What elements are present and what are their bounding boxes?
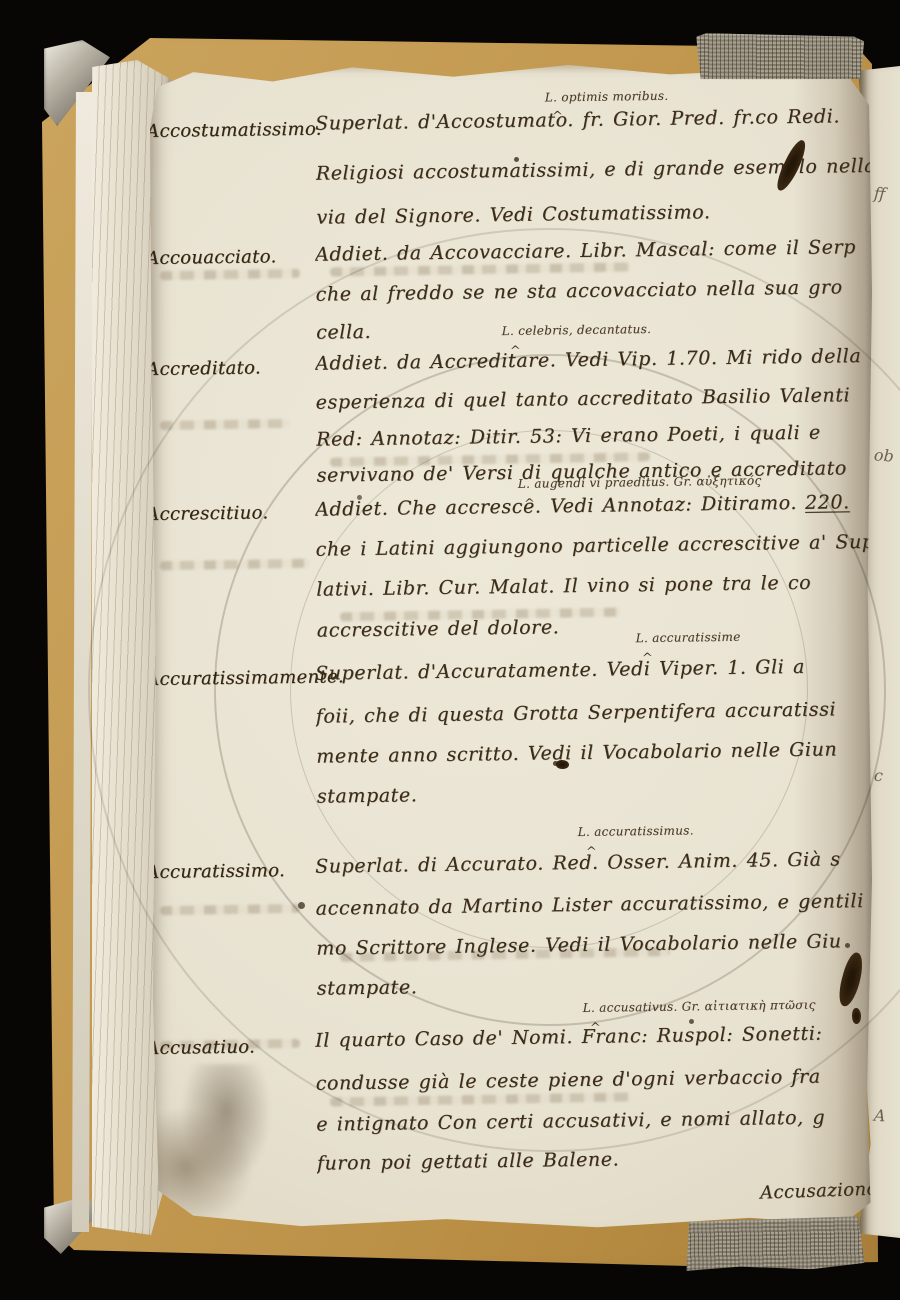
entry-line: Superlat. di Accurato. Red. Osser. Anim.… [315, 848, 871, 878]
entry-line: lativi. Libr. Cur. Malat. Il vino si pon… [316, 571, 872, 601]
fabric-tab-icon [685, 1216, 864, 1272]
dictionary-entry: Accuratissimamente. L. accuratissime ^ S… [150, 655, 872, 665]
interlinear-note: L. celebris, decantatus. [502, 322, 652, 338]
entry-line: mente anno scritto. Vedi il Vocabolario … [316, 738, 872, 768]
bleedthrough-text [330, 1092, 630, 1106]
fabric-tab-icon [696, 33, 864, 81]
entry-line: Superlat. d'Accuratamente. Vedi Viper. 1… [315, 655, 871, 685]
entry-line: esperienza di quel tanto accreditato Bas… [316, 384, 872, 414]
bleedthrough-text [160, 904, 300, 915]
bleedthrough-text [160, 559, 310, 571]
ink-blot [556, 760, 569, 769]
bleedthrough-text [160, 269, 300, 280]
interlinear-note: L. augendi vi praeditus. Gr. αὐξητικός [518, 473, 762, 490]
entry-line: che i Latini aggiungono particelle accre… [316, 531, 872, 561]
entry-line: furon poi gettati alle Balene. [317, 1145, 873, 1175]
entry-line: mo Scrittore Inglese. Vedi il Vocabolari… [316, 930, 872, 960]
cutoff-text-fragment: ob [873, 445, 894, 465]
interlinear-note: L. accuratissimus. [578, 823, 694, 839]
entry-line: Addiet. da Accreditare. Vedi Vip. 1.70. … [315, 345, 871, 375]
interlinear-note: L. accuratissime [636, 630, 741, 645]
bleedthrough-text [160, 419, 290, 430]
interlinear-note: L. optimis moribus. [545, 89, 669, 105]
entry-line: Il quarto Caso de' Nomi. Franc: Ruspol: … [315, 1022, 871, 1052]
entry-line: stampate. [317, 778, 873, 808]
dictionary-entry: Accostumatissimo. L. optimis moribus. ^ … [150, 105, 872, 115]
dictionary-entry: Accouacciato. Addiet. da Accovacciare. L… [150, 236, 872, 246]
entry-line-text: Addiet. Che accresce. Vedi Annotaz: Diti… [315, 492, 797, 521]
cutoff-text-fragment: c [873, 766, 883, 786]
dictionary-entry: Accusatiuo. L. accusativus. Gr. αἰτιατικ… [150, 1022, 872, 1032]
dictionary-entry: Accreditato. L. celebris, decantatus. ^ … [150, 345, 872, 355]
entry-line: accennato da Martino Lister accuratissim… [316, 890, 872, 920]
cutoff-text-fragment: A [873, 1106, 886, 1126]
entry-line: Addiet. Che accresce. Vedi Annotaz: Diti… [315, 491, 871, 521]
entry-line: stampate. [317, 970, 873, 1000]
dictionary-entry: Accrescitiuo. L. augendi vi praeditus. G… [150, 491, 872, 501]
dictionary-entry: Accuratissimo. L. accuratissimus. ^ Supe… [150, 848, 872, 858]
cutoff-text-fragment: ff [873, 184, 886, 204]
entry-line: condusse già le ceste piene d'ogni verba… [316, 1065, 872, 1095]
ink-blot [852, 1008, 861, 1024]
entry-line: che al freddo se ne sta accovacciato nel… [316, 276, 872, 306]
entry-line: e intignato Con certi accusativi, e nomi… [316, 1106, 872, 1136]
entry-line: Red: Annotaz: Ditir. 53: Vi erano Poeti,… [316, 421, 872, 451]
entry-line: Addiet. da Accovacciare. Libr. Mascal: c… [315, 236, 871, 266]
manuscript-page: Accostumatissimo. L. optimis moribus. ^ … [150, 58, 872, 1232]
entry-line: foii, che di questa Grotta Serpentifera … [316, 698, 872, 728]
entry-line: via del Signore. Vedi Costumatissimo. [316, 199, 872, 229]
manuscript-photo: ff ob c A Accostumatissimo. L. optimis m… [0, 0, 900, 1300]
underlined-reference: 220. [805, 491, 850, 514]
entry-line: Superlat. d'Accostumato. fr. Gior. Pred.… [315, 105, 871, 135]
interlinear-note: L. accusativus. Gr. αἰτιατικὴ πτῶσις [583, 998, 816, 1015]
